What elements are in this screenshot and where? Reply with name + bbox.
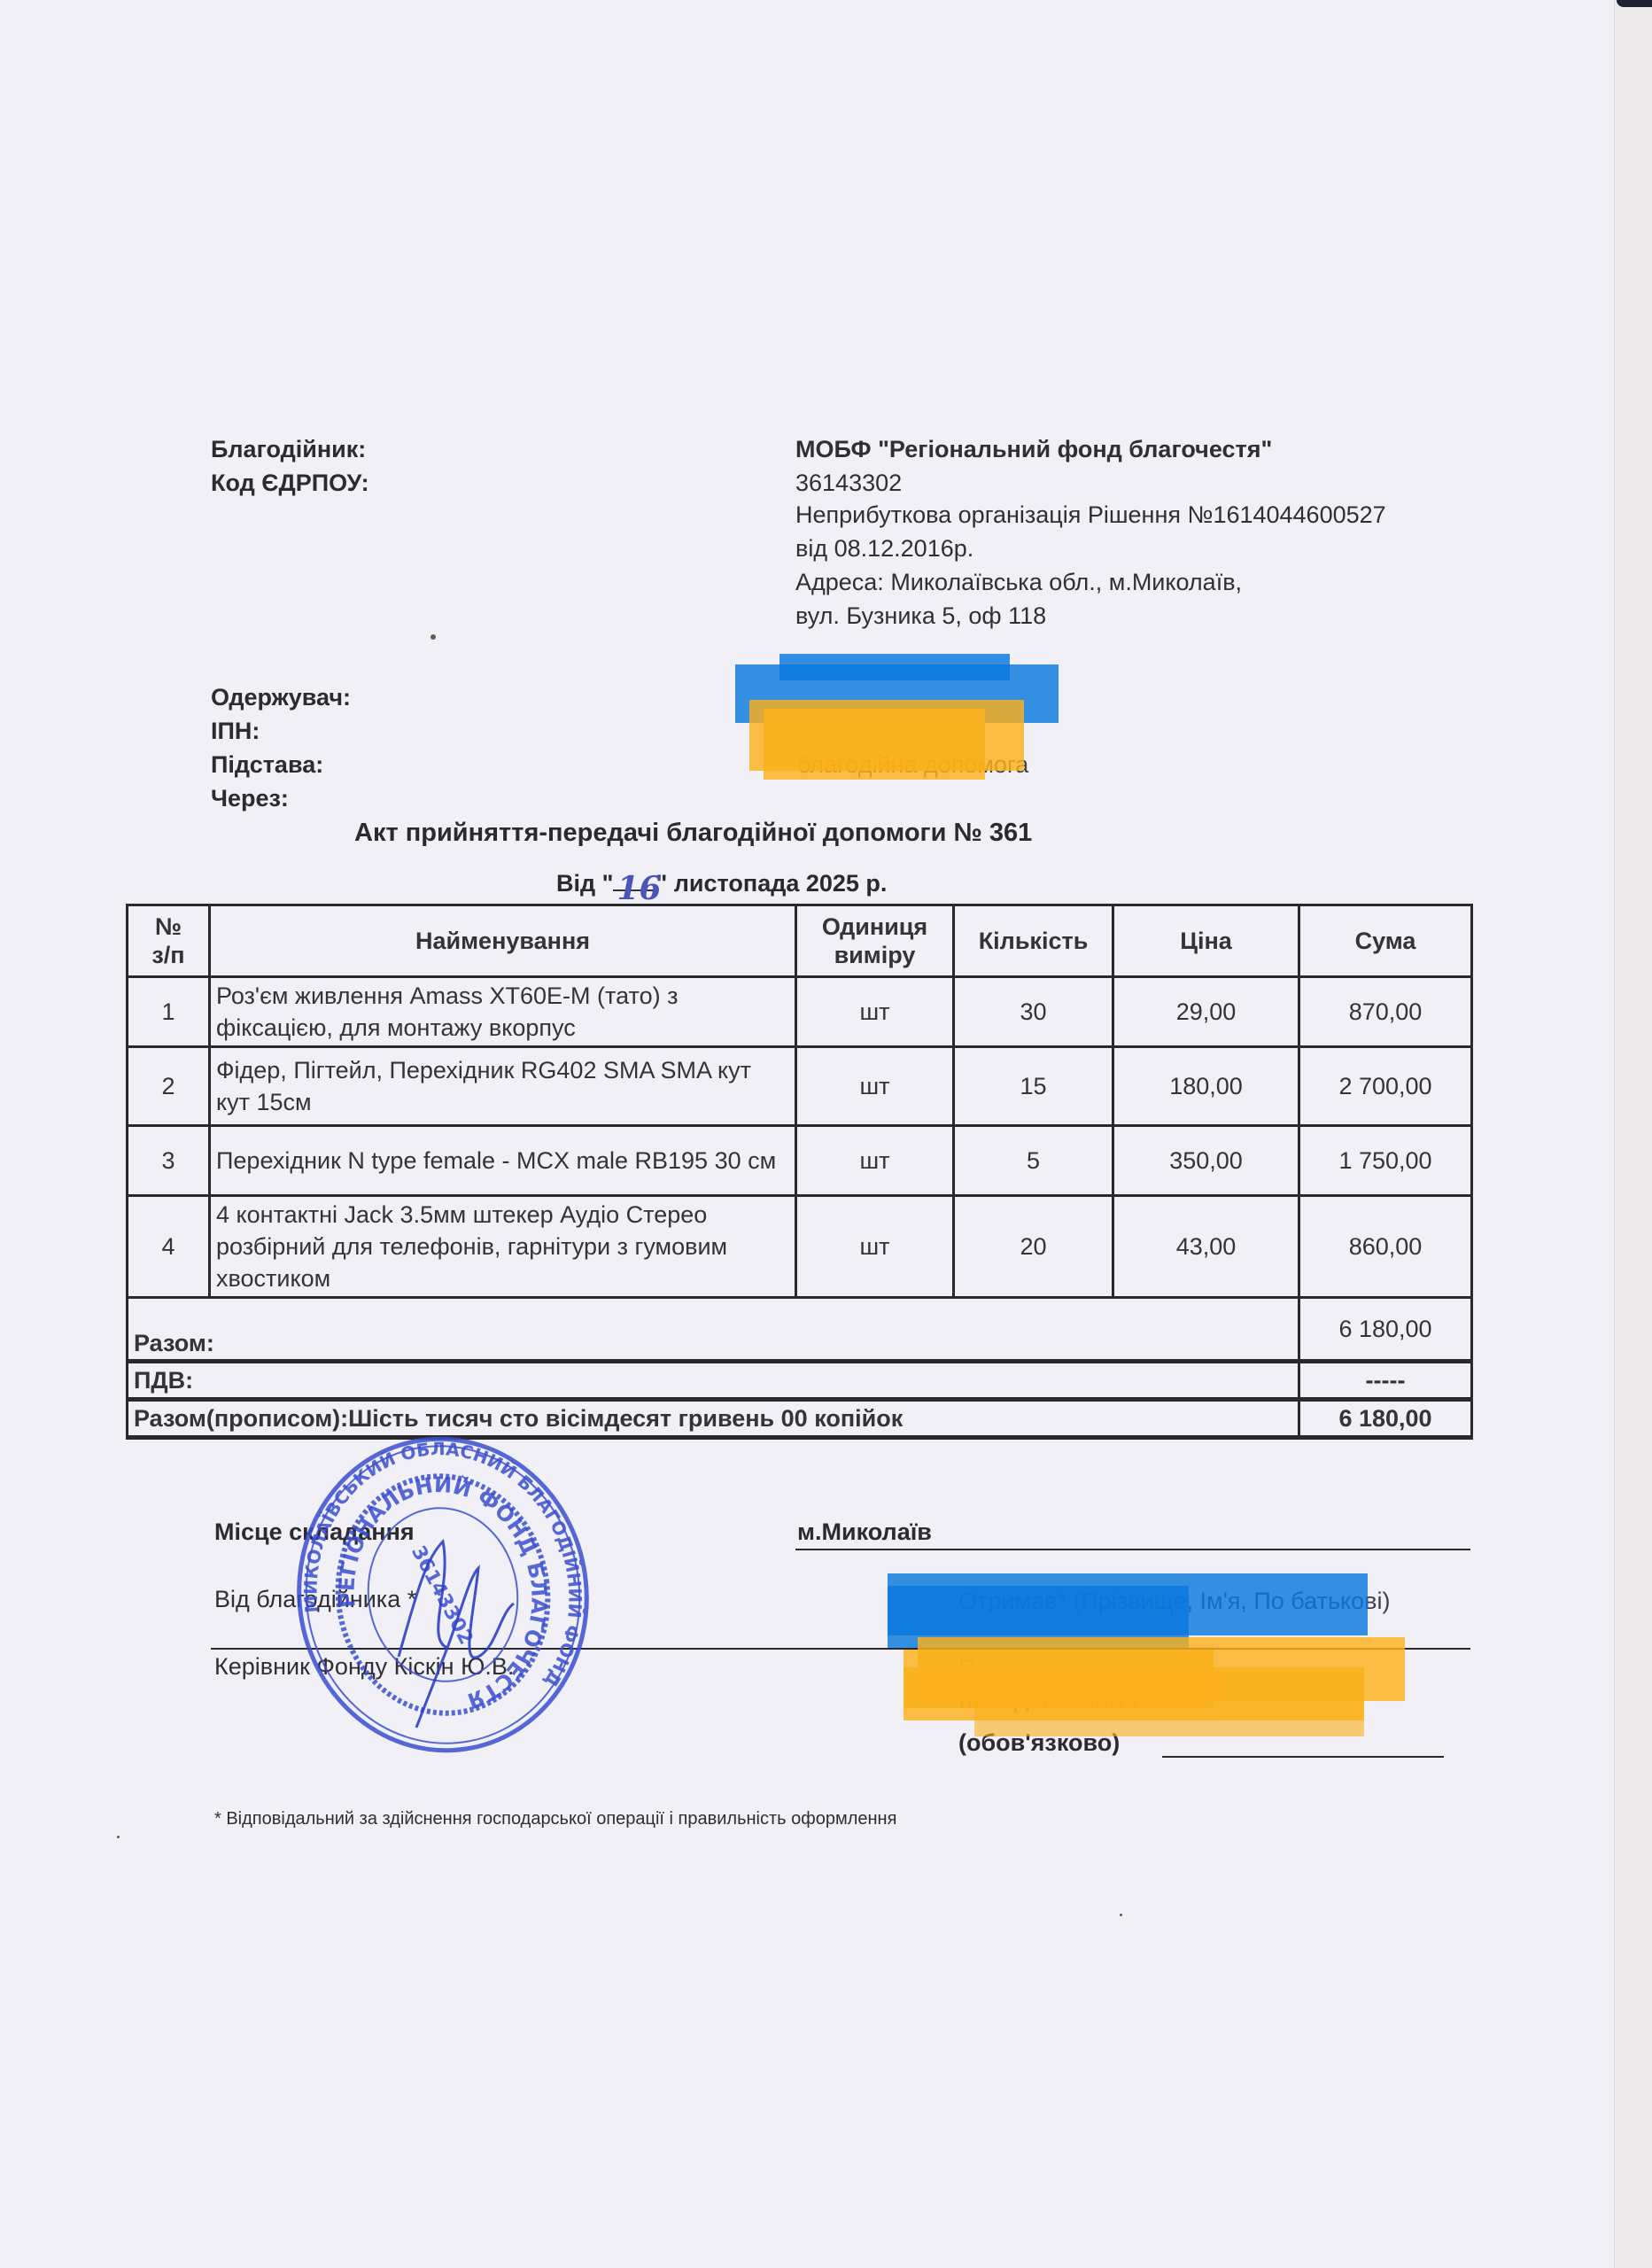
vat-value: ----- (1299, 1362, 1472, 1400)
position-underline (1162, 1756, 1444, 1758)
total-label: Разом: (128, 1298, 1299, 1362)
vat-row: ПДВ: ----- (128, 1362, 1472, 1400)
header-quantity: Кількість (954, 905, 1113, 977)
redaction-yellow (764, 709, 985, 780)
table-row: 2 Фідер, Пігтейл, Перехідник RG402 SMA S… (128, 1047, 1472, 1126)
table-row: 1 Роз'єм живлення Amass XT60E-M (тато) з… (128, 977, 1472, 1047)
donor-edrpou: 36143302 (795, 470, 902, 497)
vat-label: ПДВ: (128, 1362, 1299, 1400)
header-number: №з/п (128, 905, 210, 977)
header-name: Найменування (210, 905, 796, 977)
redaction-yellow (974, 1692, 1364, 1736)
table-row: 4 4 контактні Jack 3.5мм штекер Аудіо Ст… (128, 1196, 1472, 1298)
row-name: Фідер, Пігтейл, Перехідник RG402 SMA SMA… (210, 1047, 796, 1126)
row-number: 1 (128, 977, 210, 1047)
row-sum: 870,00 (1299, 977, 1472, 1047)
date-day-handwritten: 16 (617, 870, 661, 907)
total-in-words-value: 6 180,00 (1299, 1400, 1472, 1438)
row-price: 43,00 (1113, 1196, 1299, 1298)
row-sum: 1 750,00 (1299, 1126, 1472, 1196)
total-in-words-row: Разом(прописом):Шість тисяч сто вісімдес… (128, 1400, 1472, 1438)
edrpou-label: Код ЄДРПОУ: (211, 470, 369, 497)
donor-name: МОБФ "Регіональний фонд благочестя" (795, 436, 1272, 463)
scanner-corner (1617, 0, 1652, 7)
header-unit: Одиницявиміру (796, 905, 954, 977)
row-unit: шт (796, 1047, 954, 1126)
row-price: 180,00 (1113, 1047, 1299, 1126)
table-row: 3 Перехідник N type female - MCX male RB… (128, 1126, 1472, 1196)
basis-label: Підстава: (211, 751, 323, 779)
row-unit: шт (796, 977, 954, 1047)
scanner-edge (1614, 0, 1652, 2268)
row-name: 4 контактні Jack 3.5мм штекер Аудіо Стер… (210, 1196, 796, 1298)
donor-label: Благодійник: (211, 436, 366, 463)
row-name: Роз'єм живлення Amass XT60E-M (тато) з ф… (210, 977, 796, 1047)
ipn-label: ІПН: (211, 718, 260, 745)
organization-stamp: МИКОЛАЇВСЬКИЙ ОБЛАСНИЙ БЛАГОДІЙНИЙ ФОНД … (292, 1435, 593, 1754)
scan-speck (1120, 1914, 1122, 1916)
total-in-words: Разом(прописом):Шість тисяч сто вісімдес… (128, 1400, 1299, 1438)
redaction-blue (779, 654, 1010, 680)
row-quantity: 30 (954, 977, 1113, 1047)
items-table: №з/п Найменування Одиницявиміру Кількіст… (126, 904, 1473, 1440)
row-price: 350,00 (1113, 1126, 1299, 1196)
row-name: Перехідник N type female - MCX male RB19… (210, 1126, 796, 1196)
date-prefix: Від " (556, 870, 613, 897)
header-sum: Сума (1299, 905, 1472, 977)
recipient-label: Одержувач: (211, 684, 351, 711)
header-price: Ціна (1113, 905, 1299, 977)
table-header-row: №з/п Найменування Одиницявиміру Кількіст… (128, 905, 1472, 977)
act-date: Від "16" листопада 2025 р. (556, 870, 887, 897)
scan-speck (430, 634, 436, 640)
act-title: Акт прийняття-передачі благодійної допом… (354, 819, 1032, 848)
donor-address-2: вул. Бузника 5, оф 118 (795, 602, 1046, 630)
date-suffix: " листопада 2025 р. (655, 870, 887, 897)
row-number: 3 (128, 1126, 210, 1196)
place-value: м.Миколаїв (797, 1518, 932, 1546)
row-quantity: 5 (954, 1126, 1113, 1196)
row-quantity: 20 (954, 1196, 1113, 1298)
date-day-field: 16 (613, 889, 655, 891)
total-value: 6 180,00 (1299, 1298, 1472, 1362)
donor-status: Неприбуткова організація Рішення №161404… (795, 501, 1386, 529)
row-number: 2 (128, 1047, 210, 1126)
donor-address-1: Адреса: Миколаївська обл., м.Миколаїв, (795, 569, 1242, 596)
row-sum: 860,00 (1299, 1196, 1472, 1298)
via-label: Через: (211, 785, 289, 812)
row-sum: 2 700,00 (1299, 1047, 1472, 1126)
place-underline (795, 1549, 1470, 1550)
footnote: * Відповідальний за здійснення господарс… (214, 1809, 896, 1829)
total-row: Разом: 6 180,00 (128, 1298, 1472, 1362)
donor-status-date: від 08.12.2016р. (795, 535, 973, 563)
row-unit: шт (796, 1126, 954, 1196)
row-unit: шт (796, 1196, 954, 1298)
row-quantity: 15 (954, 1047, 1113, 1126)
scan-speck (117, 1836, 120, 1838)
row-price: 29,00 (1113, 977, 1299, 1047)
row-number: 4 (128, 1196, 210, 1298)
